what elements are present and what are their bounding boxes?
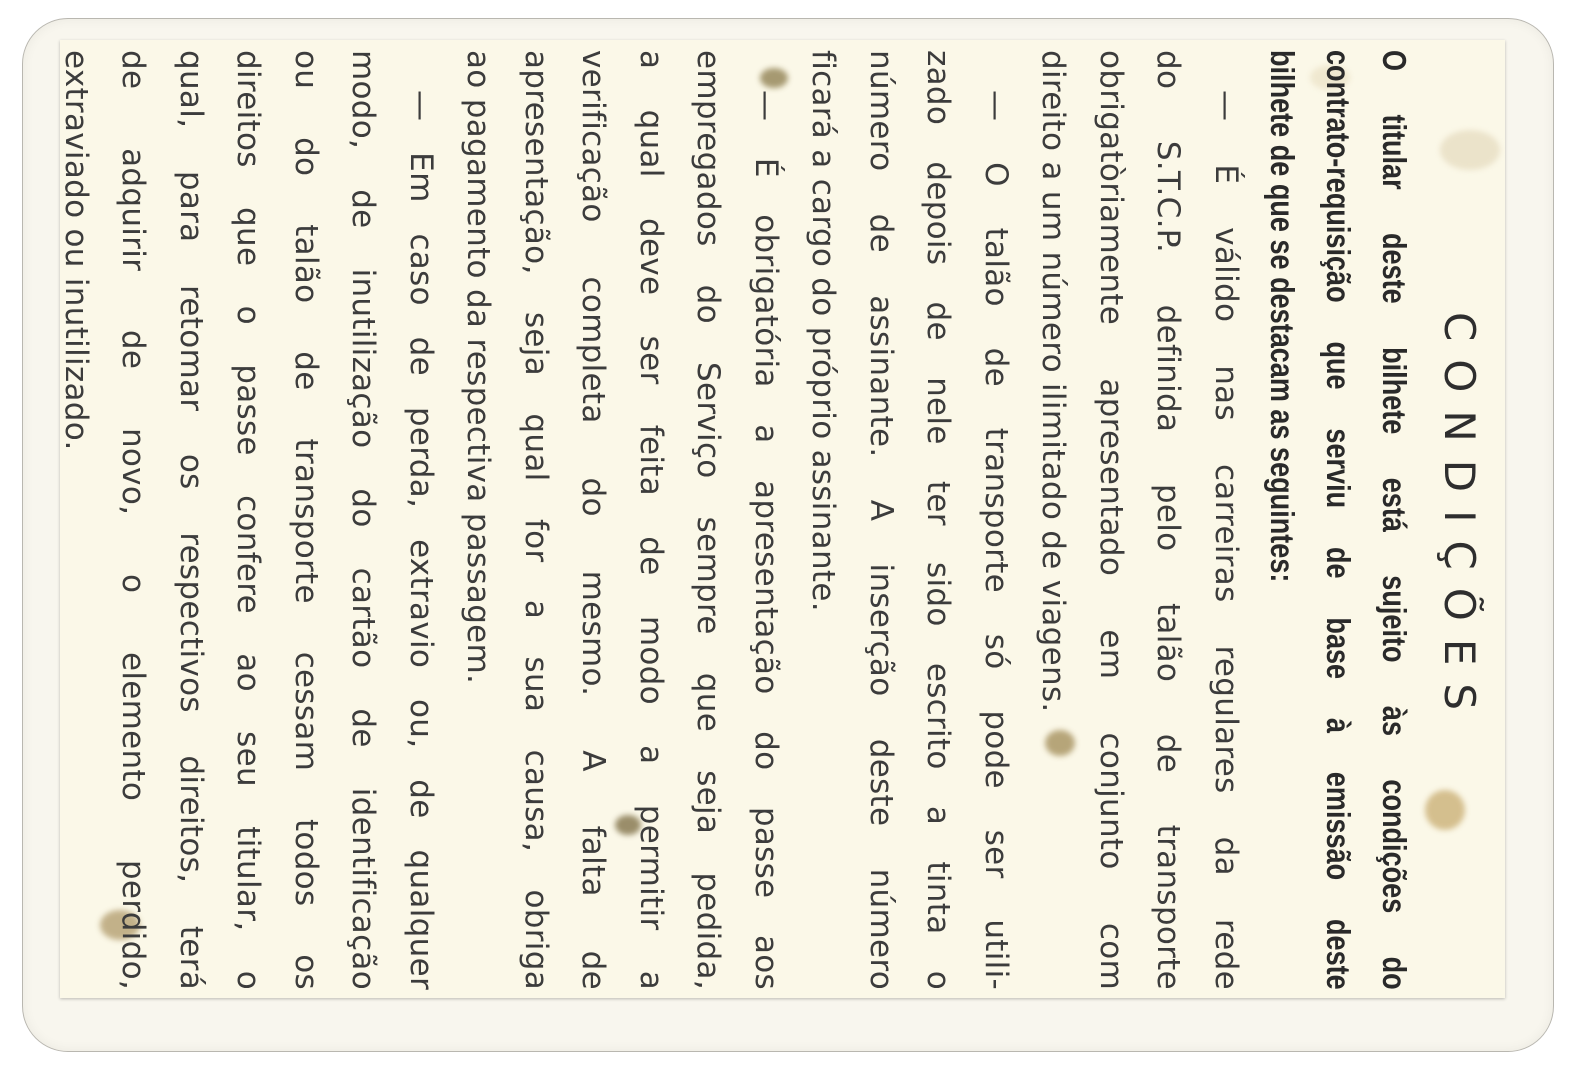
ticket-card: CONDIÇÕES O titular deste bilhete está s… <box>60 40 1505 998</box>
condition-line: de adquirir de novo, o elemento perdido, <box>104 50 162 990</box>
condition-line: ficará a cargo do próprio assinante. <box>794 50 852 990</box>
condition-line: qual, para retomar os respectivos direit… <box>162 50 220 990</box>
condition-line: — O talão de transporte só pode ser util… <box>967 50 1025 990</box>
condition-line: — É obrigatória a apresentação do passe … <box>737 50 795 990</box>
condition-line: do S.T.C.P. definida pelo talão de trans… <box>1139 50 1197 990</box>
condition-line: a qual deve ser feita de modo a permitir… <box>622 50 680 990</box>
condition-line: zado depois de nele ter sido escrito a t… <box>909 50 967 990</box>
condition-line: extraviado ou inutilizado. <box>60 50 104 990</box>
condition-line: ou do talão de transporte cessam todos o… <box>277 50 335 990</box>
condition-line: obrigatòriamente apresentado em conjunto… <box>1082 50 1140 990</box>
condition-line: — É válido nas carreiras regulares da re… <box>1197 50 1255 990</box>
intro-line: bilhete de que se destacam as seguintes: <box>1254 50 1310 990</box>
condition-line: número de assinante. A inserção deste nú… <box>852 50 910 990</box>
condition-line: direitos que o passe confere ao seu titu… <box>219 50 277 990</box>
condition-paragraph: — É válido nas carreiras regulares da re… <box>1024 50 1254 990</box>
condition-line: — Em caso de perda, extravio ou, de qual… <box>392 50 450 990</box>
condition-line: verificação completa do mesmo. A falta d… <box>564 50 622 990</box>
condition-line: empregados do Serviço sempre que seja pe… <box>679 50 737 990</box>
intro-paragraph: O titular deste bilhete está sujeito às … <box>1254 50 1422 990</box>
condition-paragraph: — Em caso de perda, extravio ou, de qual… <box>60 50 449 990</box>
condition-paragraph: — O talão de transporte só pode ser util… <box>794 50 1024 990</box>
intro-line: contrato-requisição que serviu de base à… <box>1310 50 1366 990</box>
conditions-list: — É válido nas carreiras regulares da re… <box>60 50 1254 990</box>
condition-line: direito a um número ilimitado de viagens… <box>1024 50 1082 990</box>
conditions-text-block: CONDIÇÕES O titular deste bilhete está s… <box>80 50 1490 990</box>
condition-paragraph: — É obrigatória a apresentação do passe … <box>449 50 794 990</box>
intro-line: O titular deste bilhete está sujeito às … <box>1366 50 1422 990</box>
condition-line: ao pagamento da respectiva passagem. <box>449 50 507 990</box>
page-title: CONDIÇÕES <box>1428 50 1490 990</box>
condition-line: modo, de inutilização do cartão de ident… <box>334 50 392 990</box>
condition-line: apresentação, seja qual for a sua causa,… <box>507 50 565 990</box>
